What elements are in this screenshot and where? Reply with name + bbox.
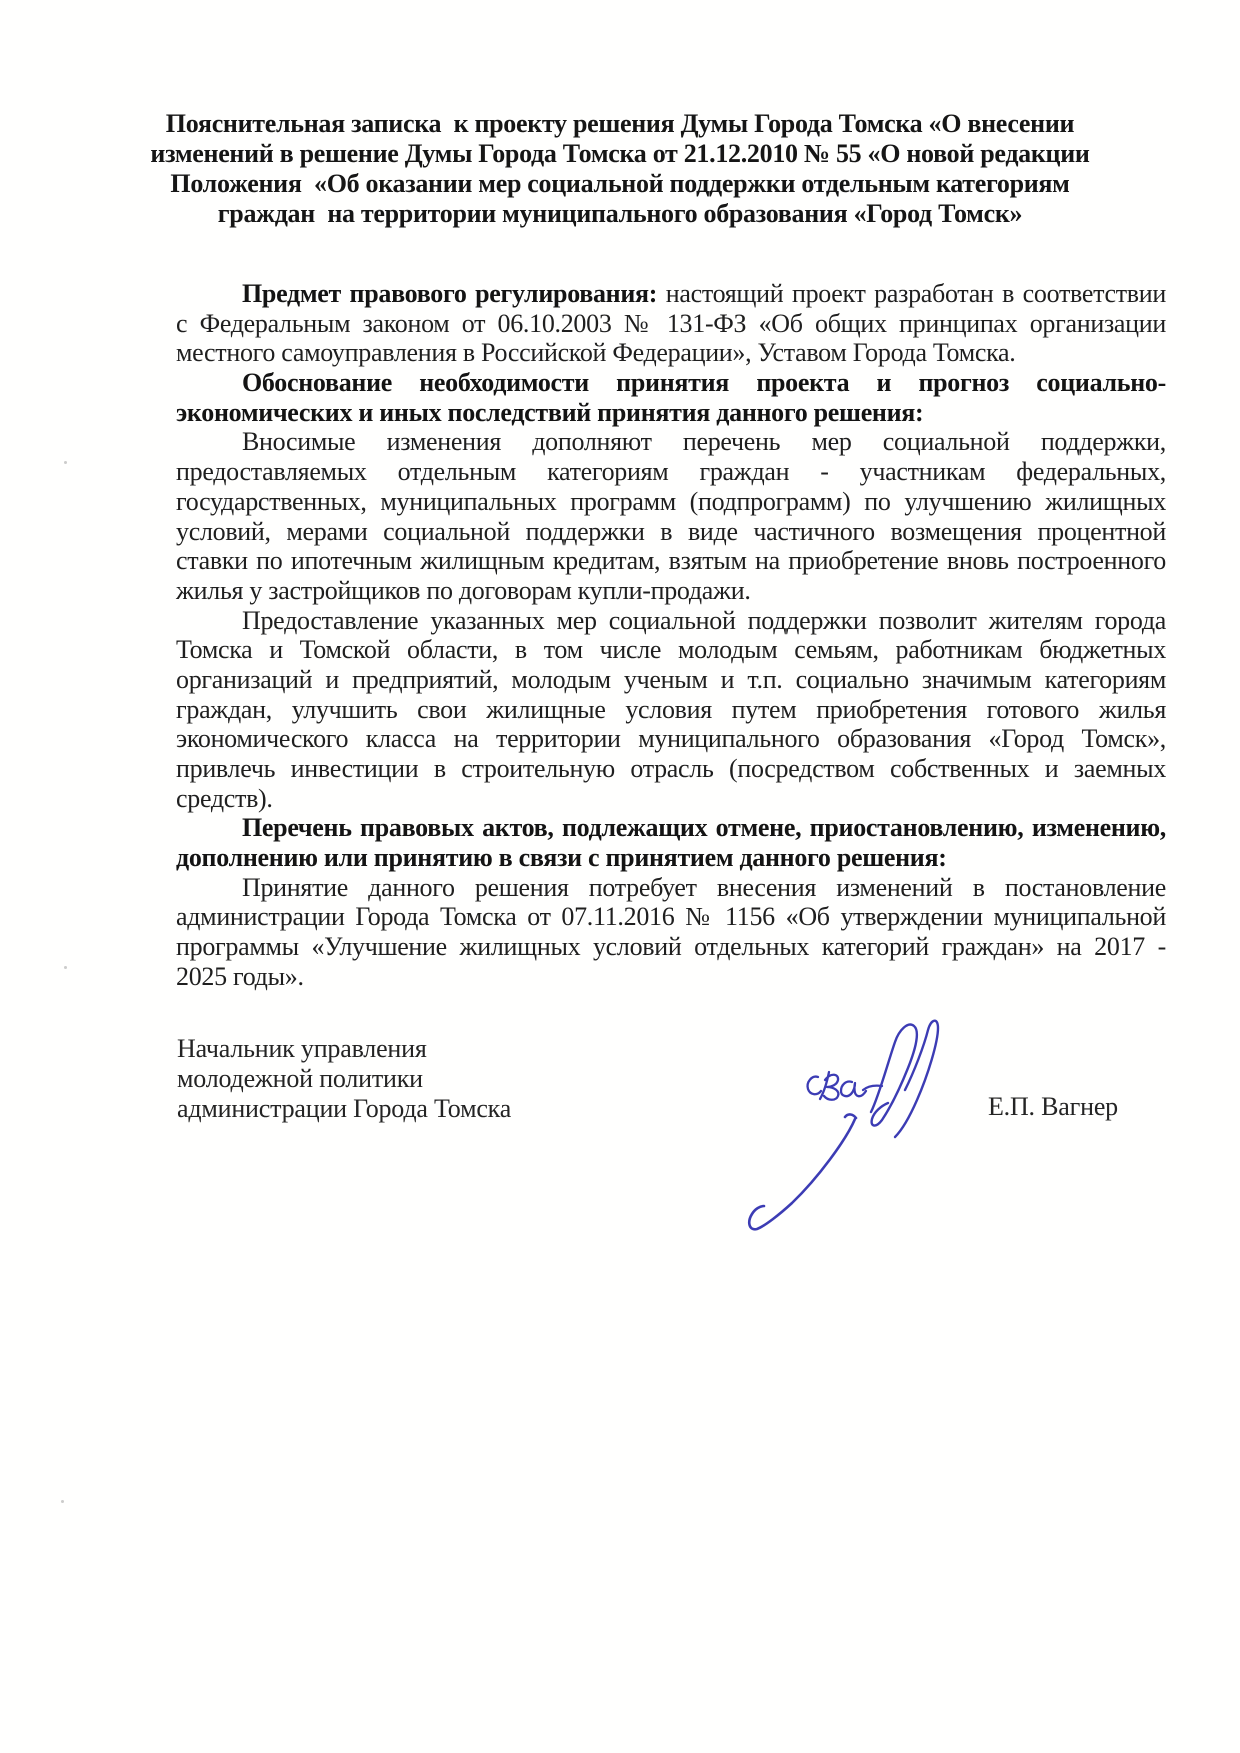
signature-position-line: Начальник управления	[177, 1034, 511, 1064]
signature-position-line: администрации Города Томска	[177, 1094, 511, 1124]
title-line: Положения «Об оказании мер социальной по…	[120, 169, 1120, 199]
body-line: средств).	[176, 784, 1166, 814]
body-text: Предоставление указанных мер социальной …	[242, 606, 1166, 635]
body-line: Томска и Томской области, в том числе мо…	[176, 635, 1166, 665]
body-text-bold: дополнению или принятию в связи с принят…	[176, 843, 947, 872]
body-line: Принятие данного решения потребует внесе…	[176, 873, 1166, 903]
title-line: изменений в решение Думы Города Томска о…	[120, 139, 1120, 169]
body-text: государственных, муниципальных программ …	[176, 487, 1166, 516]
body-line: с Федеральным законом от 06.10.2003 № 13…	[176, 309, 1166, 339]
body-text: настоящий проект разработан в соответств…	[657, 279, 1166, 308]
body-text-bold: Перечень правовых актов, подлежащих отме…	[242, 813, 1166, 842]
body-line: ставки по ипотечным жилищным кредитам, в…	[176, 546, 1166, 576]
body-line: государственных, муниципальных программ …	[176, 487, 1166, 517]
body-line: граждан, улучшить свои жилищные условия …	[176, 695, 1166, 725]
title-line: граждан на территории муниципального обр…	[120, 199, 1120, 229]
body-line: жилья у застройщиков по договорам купли-…	[176, 576, 1166, 606]
body-line: Предмет правового регулирования: настоящ…	[176, 279, 1166, 309]
body-text: местного самоуправления в Российской Фед…	[176, 338, 1016, 367]
body-text: привлечь инвестиции в строительную отрас…	[176, 754, 1166, 783]
body-text: условий, мерами социальной поддержки в в…	[176, 517, 1166, 546]
body-line: 2025 годы».	[176, 962, 1166, 992]
body-line: Обоснование необходимости принятия проек…	[176, 368, 1166, 398]
signature-position-line: молодежной политики	[177, 1064, 511, 1094]
body-line: программы «Улучшение жилищных условий от…	[176, 932, 1166, 962]
body-text: с Федеральным законом от 06.10.2003 № 13…	[176, 309, 1166, 338]
body-text: экономического класса на территории муни…	[176, 724, 1166, 753]
body-text-bold: Предмет правового регулирования:	[242, 279, 657, 308]
signer-name: Е.П. Вагнер	[988, 1092, 1118, 1122]
body-text: жилья у застройщиков по договорам купли-…	[176, 576, 751, 605]
body-line: Перечень правовых актов, подлежащих отме…	[176, 813, 1166, 843]
scan-speck	[61, 1500, 64, 1503]
signature-ink	[749, 1114, 856, 1229]
body-text: ставки по ипотечным жилищным кредитам, в…	[176, 546, 1166, 575]
body-line: Предоставление указанных мер социальной …	[176, 606, 1166, 636]
body-line: дополнению или принятию в связи с принят…	[176, 843, 1166, 873]
title-line: Пояснительная записка к проекту решения …	[120, 109, 1120, 139]
signature-position-block: Начальник управления молодежной политики…	[177, 1034, 511, 1123]
body-line: экономического класса на территории муни…	[176, 724, 1166, 754]
body-text: Вносимые изменения дополняют перечень ме…	[242, 427, 1166, 456]
body-line: предоставляемых отдельным категориям гра…	[176, 457, 1166, 487]
body-line: местного самоуправления в Российской Фед…	[176, 338, 1166, 368]
body-text: Томска и Томской области, в том числе мо…	[176, 635, 1166, 664]
body-line: условий, мерами социальной поддержки в в…	[176, 517, 1166, 547]
signature-ink	[841, 1082, 866, 1097]
body-text: администрации Города Томска от 07.11.201…	[176, 902, 1166, 931]
scan-speck	[64, 966, 67, 969]
body-text: программы «Улучшение жилищных условий от…	[176, 932, 1166, 961]
document-page: Пояснительная записка к проекту решения …	[0, 0, 1240, 1753]
signature-ink	[871, 1025, 917, 1126]
body-line: привлечь инвестиции в строительную отрас…	[176, 754, 1166, 784]
body-text: Принятие данного решения потребует внесе…	[242, 873, 1166, 902]
body-line: организаций и предприятий, молодым учены…	[176, 665, 1166, 695]
body-line: Вносимые изменения дополняют перечень ме…	[176, 427, 1166, 457]
document-title: Пояснительная записка к проекту решения …	[120, 109, 1120, 229]
body-text: средств).	[176, 784, 273, 813]
body-text: организаций и предприятий, молодым учены…	[176, 665, 1166, 694]
scan-speck	[64, 461, 67, 464]
body-text: граждан, улучшить свои жилищные условия …	[176, 695, 1166, 724]
body-text-bold: экономических и иных последствий приняти…	[176, 398, 923, 427]
body-text: 2025 годы».	[176, 962, 304, 991]
handwritten-signature	[735, 1005, 965, 1255]
document-body: Предмет правового регулирования: настоящ…	[176, 279, 1166, 992]
body-line: экономических и иных последствий приняти…	[176, 398, 1166, 428]
signature-ink	[820, 1072, 838, 1100]
body-line: администрации Города Томска от 07.11.201…	[176, 902, 1166, 932]
body-text: предоставляемых отдельным категориям гра…	[176, 457, 1166, 486]
body-text-bold: Обоснование необходимости принятия проек…	[242, 368, 1166, 397]
signature-ink	[808, 1077, 821, 1095]
